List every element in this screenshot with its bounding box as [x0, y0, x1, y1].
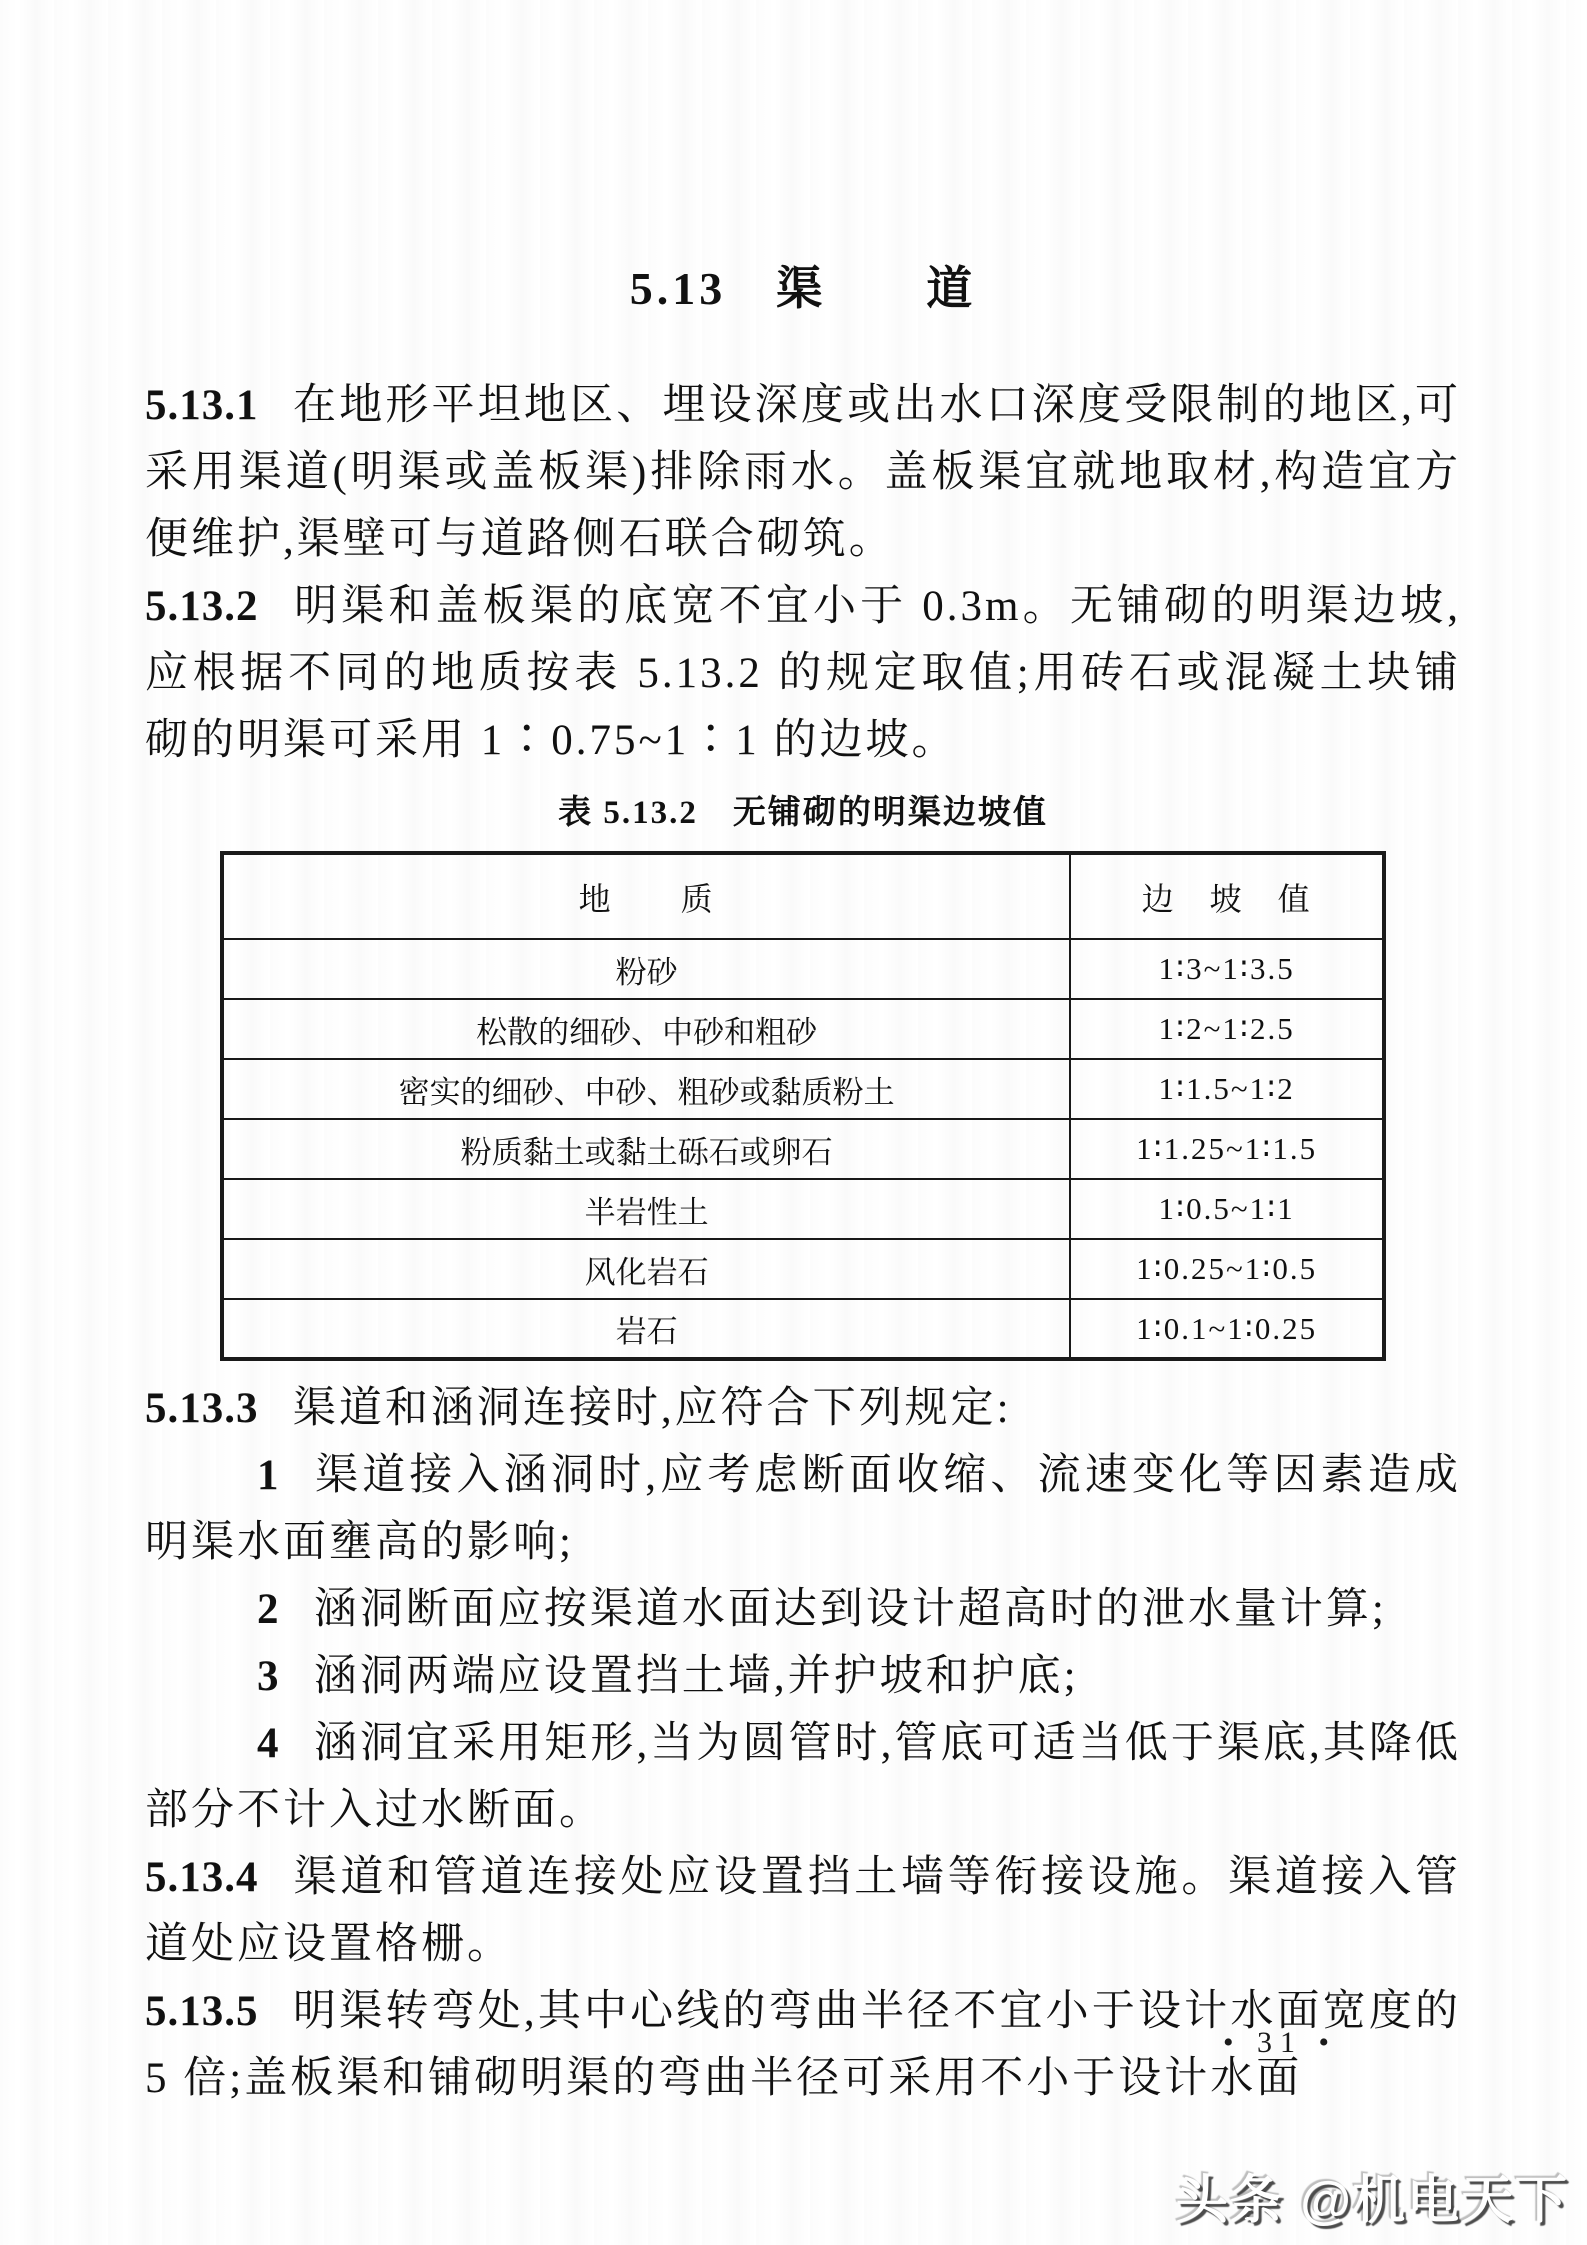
table-header-row: 地 质 边 坡 值	[222, 853, 1384, 939]
item-text: 渠道接入涵洞时,应考虑断面收缩、流速变化等因素造成明渠水面壅高的影响;	[145, 1452, 1461, 1566]
item-number: 4	[257, 1720, 280, 1767]
slope-cell: 1∶0.5~1∶1	[1070, 1179, 1384, 1239]
geology-cell: 粉质黏土或黏土砾石或卵石	[222, 1119, 1070, 1179]
table-row: 粉质黏土或黏土砾石或卵石 1∶1.25~1∶1.5	[222, 1119, 1384, 1179]
clause-5-13-2: 5.13.2明渠和盖板渠的底宽不宜小于 0.3m。无铺砌的明渠边坡,应根据不同的…	[145, 573, 1461, 774]
section-title: 5.13 渠 道	[145, 252, 1461, 318]
list-item-4: 4涵洞宜采用矩形,当为圆管时,管底可适当低于渠底,其降低部分不计入过水断面。	[145, 1710, 1461, 1844]
slope-cell: 1∶2~1∶2.5	[1070, 999, 1384, 1059]
column-header-geology: 地 质	[222, 853, 1070, 939]
list-item-1: 1渠道接入涵洞时,应考虑断面收缩、流速变化等因素造成明渠水面壅高的影响;	[145, 1442, 1461, 1576]
clause-5-13-4: 5.13.4渠道和管道连接处应设置挡土墙等衔接设施。渠道接入管道处应设置格栅。	[145, 1844, 1461, 1978]
geology-cell: 粉砂	[222, 939, 1070, 999]
item-text: 涵洞断面应按渠道水面达到设计超高时的泄水量计算;	[314, 1586, 1387, 1633]
clause-text: 明渠和盖板渠的底宽不宜小于 0.3m。无铺砌的明渠边坡,应根据不同的地质按表 5…	[145, 583, 1461, 764]
table-row: 风化岩石 1∶0.25~1∶0.5	[222, 1239, 1384, 1299]
list-item-2: 2涵洞断面应按渠道水面达到设计超高时的泄水量计算;	[145, 1576, 1461, 1643]
item-number: 2	[257, 1586, 280, 1633]
geology-cell: 密实的细砂、中砂、粗砂或黏质粉土	[222, 1059, 1070, 1119]
page-number: • 31 •	[1223, 2026, 1337, 2060]
slope-cell: 1∶0.25~1∶0.5	[1070, 1239, 1384, 1299]
clause-number: 5.13.4	[145, 1854, 259, 1901]
table-row: 半岩性土 1∶0.5~1∶1	[222, 1179, 1384, 1239]
clause-number: 5.13.2	[145, 583, 259, 630]
item-text: 涵洞两端应设置挡土墙,并护坡和护底;	[314, 1653, 1079, 1700]
clause-5-13-1: 5.13.1在地形平坦地区、埋设深度或出水口深度受限制的地区,可采用渠道(明渠或…	[145, 372, 1461, 573]
table-row: 松散的细砂、中砂和粗砂 1∶2~1∶2.5	[222, 999, 1384, 1059]
list-item-3: 3涵洞两端应设置挡土墙,并护坡和护底;	[145, 1643, 1461, 1710]
item-number: 1	[257, 1452, 280, 1499]
watermark-text: 头条 @机电天下	[1176, 2158, 1569, 2233]
column-header-slope: 边 坡 值	[1070, 853, 1384, 939]
clause-text: 在地形平坦地区、埋设深度或出水口深度受限制的地区,可采用渠道(明渠或盖板渠)排除…	[145, 382, 1461, 563]
geology-cell: 风化岩石	[222, 1239, 1070, 1299]
clause-number: 5.13.1	[145, 382, 259, 429]
item-text: 涵洞宜采用矩形,当为圆管时,管底可适当低于渠底,其降低部分不计入过水断面。	[145, 1720, 1461, 1834]
table-row: 岩石 1∶0.1~1∶0.25	[222, 1299, 1384, 1359]
slope-cell: 1∶3~1∶3.5	[1070, 939, 1384, 999]
slope-cell: 1∶1.5~1∶2	[1070, 1059, 1384, 1119]
clause-5-13-3: 5.13.3渠道和涵洞连接时,应符合下列规定:	[145, 1375, 1461, 1442]
table-caption: 表 5.13.2 无铺砌的明渠边坡值	[145, 786, 1461, 833]
slope-cell: 1∶1.25~1∶1.5	[1070, 1119, 1384, 1179]
clause-number: 5.13.5	[145, 1988, 259, 2035]
clause-text: 渠道和管道连接处应设置挡土墙等衔接设施。渠道接入管道处应设置格栅。	[145, 1854, 1461, 1968]
clause-number: 5.13.3	[145, 1385, 259, 1432]
slope-value-table: 地 质 边 坡 值 粉砂 1∶3~1∶3.5 松散的细砂、中砂和粗砂 1∶2~1…	[220, 851, 1386, 1361]
table-row: 密实的细砂、中砂、粗砂或黏质粉土 1∶1.5~1∶2	[222, 1059, 1384, 1119]
page-content: 5.13 渠 道 5.13.1在地形平坦地区、埋设深度或出水口深度受限制的地区,…	[145, 252, 1461, 2112]
geology-cell: 半岩性土	[222, 1179, 1070, 1239]
item-number: 3	[257, 1653, 280, 1700]
document-page: 5.13 渠 道 5.13.1在地形平坦地区、埋设深度或出水口深度受限制的地区,…	[0, 0, 1587, 2245]
slope-cell: 1∶0.1~1∶0.25	[1070, 1299, 1384, 1359]
geology-cell: 松散的细砂、中砂和粗砂	[222, 999, 1070, 1059]
clause-text: 渠道和涵洞连接时,应符合下列规定:	[293, 1385, 1012, 1432]
table-row: 粉砂 1∶3~1∶3.5	[222, 939, 1384, 999]
geology-cell: 岩石	[222, 1299, 1070, 1359]
